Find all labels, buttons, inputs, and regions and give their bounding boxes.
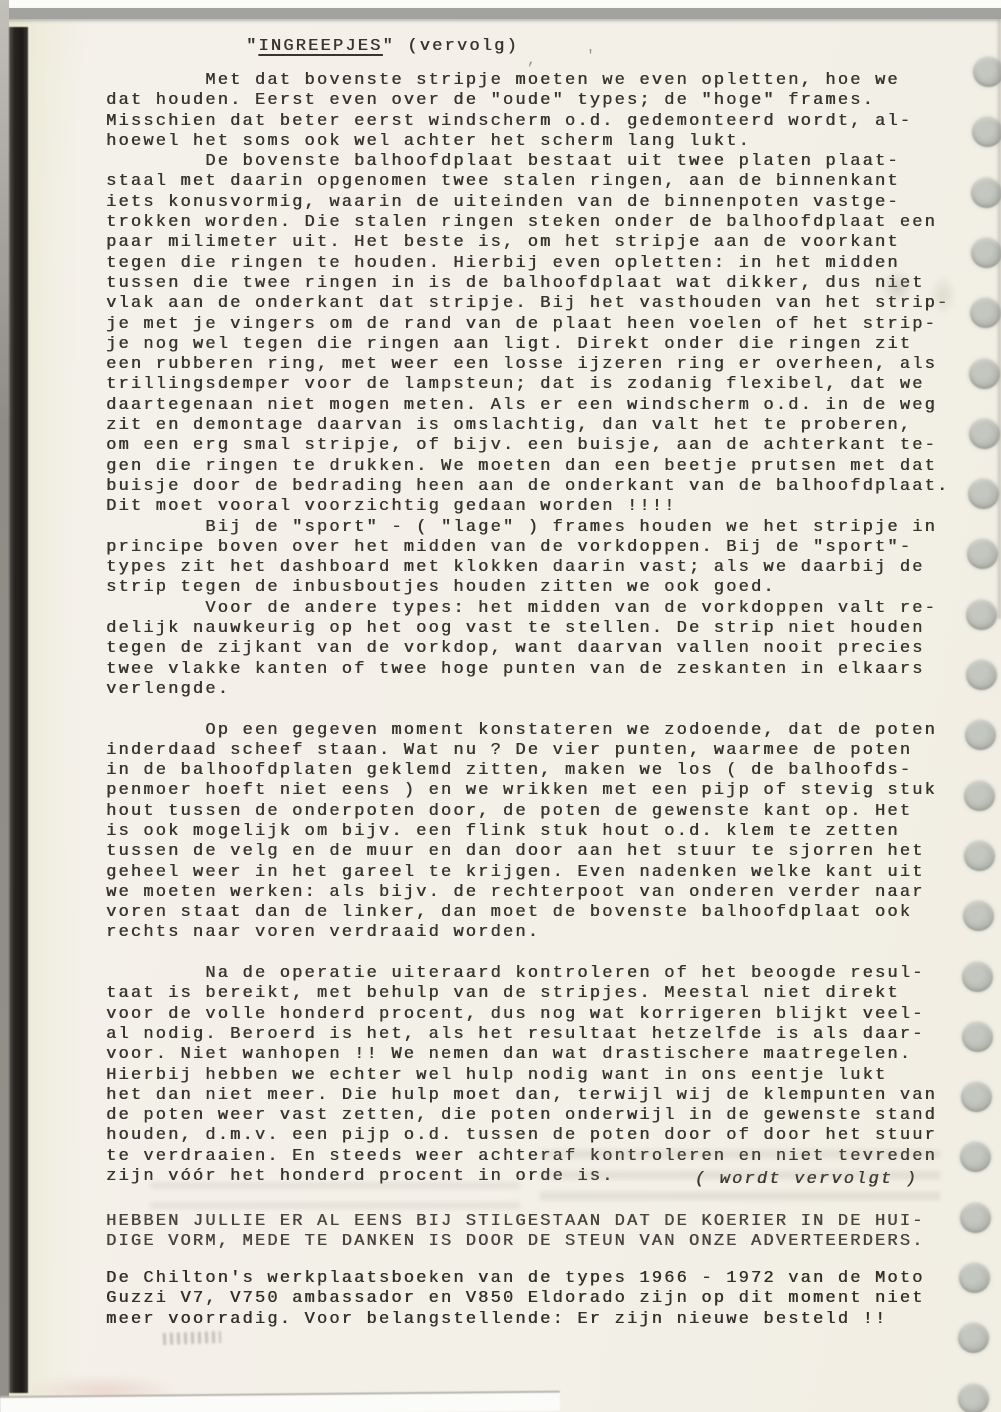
paragraph: Met dat bovenste stripje moeten we even … [106,71,970,152]
text-line: staal met daarin opgenomen twee stalen r… [106,172,970,192]
text-line: Met dat bovenste stripje moeten we even … [106,71,970,91]
binder-hole [958,1384,989,1412]
text-line: zit en demontage daarvan is omslachtig, … [106,416,970,436]
text-line: hout tussen de onderpoten door, de poten… [106,802,970,822]
closing-line: ( wordt vervolgt ) [106,1170,918,1190]
scanned-page: "INGREEPJES" (vervolg) , ' Met dat boven… [0,0,1001,1412]
stray-mark: , [527,52,536,69]
text-line: Guzzi V7, V750 ambassador en V850 Eldora… [106,1289,925,1309]
page-title: "INGREEPJES" (vervolg) [246,37,519,57]
advertisers-note: HEBBEN JULLIE ER AL EENS BIJ STILGESTAAN… [106,1212,925,1253]
text-line: types zit het dashboard met klokken daar… [106,558,970,578]
binder-hole [962,962,993,992]
binder-hole [966,600,997,630]
text-line: iets konusvormig, waarin de uiteinden va… [106,193,970,213]
text-line: dat houden. Eerst even over de "oude" ty… [106,91,970,111]
binder-hole [959,1263,990,1293]
text-line: hoewel het soms ook wel achter het scher… [106,132,970,152]
text-line: voor. Niet wanhopen !! We nemen dan wat … [106,1045,970,1065]
text-line: tussen die twee ringen in is de balhoofd… [106,274,970,294]
text-line: tussen de velg en de muur en dan door aa… [106,842,970,862]
text-line: Hierbij hebben we echter wel hulp nodig … [106,1066,970,1086]
text-line: vlak aan de onderkant dat stripje. Bij h… [106,294,970,314]
stray-mark: ' [586,48,595,65]
text-line: Bij de "sport" - ( "lage" ) frames houde… [106,518,970,538]
pencil-smudge [163,1331,221,1345]
paper-right-edge-shadow [996,19,1001,619]
binder-hole [969,419,1000,449]
text-line: voren staat dan de linker, dan moet de b… [106,903,970,923]
scanner-left-edge [0,0,9,1412]
text-line: inderdaad scheef staan. Wat nu ? De vier… [106,741,970,761]
text-line: Dit moet vooral voorzichtig gedaan worde… [106,497,970,517]
text-line: je nog wel tegen die ringen aan ligt. Di… [106,335,970,355]
text-line: paar milimeter uit. Het beste is, om het… [106,233,970,253]
binder-hole [964,781,995,811]
paragraph: Bij de "sport" - ( "lage" ) frames houde… [106,518,970,599]
text-line: te verdraaien. En steeds weer achteraf k… [106,1147,970,1167]
text-line: buisje door de bedrading heen aan de ond… [106,477,970,497]
binder-hole [964,841,995,871]
text-line: de poten weer vast zetten, die poten ond… [106,1106,970,1126]
text-line: Misschien dat beter eerst windscherm o.d… [106,112,970,132]
text-line: verlengde. [106,680,970,700]
text-line: gen die ringen te drukken. We moeten dan… [106,457,970,477]
text-line: twee vlakke kanten of twee hoge punten v… [106,660,970,680]
paper-blot [930,275,956,315]
paragraph: Na de operatie uiteraard kontroleren of … [106,964,970,1187]
text-line: rechts naar voren verdraaid worden. [106,923,970,943]
text-line: tegen die ringen te houden. Hierbij even… [106,254,970,274]
text-line: taat is bereikt, met behulp van de strip… [106,984,970,1004]
binder-hole [962,1022,993,1052]
text-line: daartegenaan niet mogen meten. Als er ee… [106,396,970,416]
text-line: HEBBEN JULLIE ER AL EENS BIJ STILGESTAAN… [106,1212,925,1232]
paragraph: Op een gegeven moment konstateren we zod… [106,721,970,944]
text-line: Na de operatie uiteraard kontroleren of … [106,964,970,984]
binder-hole [960,1203,991,1233]
text-line: voor de volle honderd procent, dus nog w… [106,1005,970,1025]
text-line: Voor de andere types: het midden van de … [106,599,970,619]
text-line: DIGE VORM, MEDE TE DANKEN IS DOOR DE STE… [106,1232,925,1252]
title-open-quote: " [246,37,258,56]
scanner-top-band [0,8,1001,19]
title-text: INGREEPJES [258,37,382,56]
binder-hole [961,1082,992,1112]
text-line: meer voorradig. Voor belangstellende: Er… [106,1310,925,1330]
text-line: we moeten werken: als bijv. de rechterpo… [106,883,970,903]
paragraph: Voor de andere types: het midden van de … [106,599,970,700]
text-line: delijk nauwkeurig op het oog vast te ste… [106,619,970,639]
text-line: al nodig. Beroerd is het, als het result… [106,1025,970,1045]
scan-edge-black-bar [9,27,28,1393]
text-line: is ook mogelijk om bijv. een flink stuk … [106,822,970,842]
text-line: De bovenste balhoofdplaat bestaat uit tw… [106,152,970,172]
stock-note: De Chilton's werkplaatsboeken van de typ… [106,1269,925,1330]
text-line: geheel weer in het gareel te krijgen. Ev… [106,863,970,883]
text-line: tegen de zijkant van de vorkdop, want da… [106,639,970,659]
text-line: in de balhoofdplaten geklemd zitten, mak… [106,761,970,781]
text-line: penmoer hoeft niet eens ) en we wrikken … [106,781,970,801]
text-line: trokken worden. Die stalen ringen steken… [106,213,970,233]
text-line: je met je vingers om de rand van de plaa… [106,315,970,335]
binder-hole [966,660,997,690]
text-line: houden, d.m.v. een pijp o.d. tussen de p… [106,1126,970,1146]
binder-hole [968,479,999,509]
text-line: het dan niet meer. Die hulp moet dan, te… [106,1086,970,1106]
text-line: Op een gegeven moment konstateren we zod… [106,721,970,741]
text-line: trillingsdemper voor de lampsteun; dat i… [106,375,970,395]
article-body: Met dat bovenste stripje moeten we even … [106,71,970,1187]
text-line: principe boven over het midden van de vo… [106,538,970,558]
binder-hole [963,901,994,931]
text-line: een rubberen ring, met weer een losse ij… [106,355,970,375]
text-line: strip tegen de inbusboutjes houden zitte… [106,578,970,598]
text-line: De Chilton's werkplaatsboeken van de typ… [106,1269,925,1289]
text-line: om een erg smal stripje, of bijv. een bu… [106,436,970,456]
paragraph: De bovenste balhoofdplaat bestaat uit tw… [106,152,970,517]
title-suffix: " (vervolg) [382,37,518,56]
